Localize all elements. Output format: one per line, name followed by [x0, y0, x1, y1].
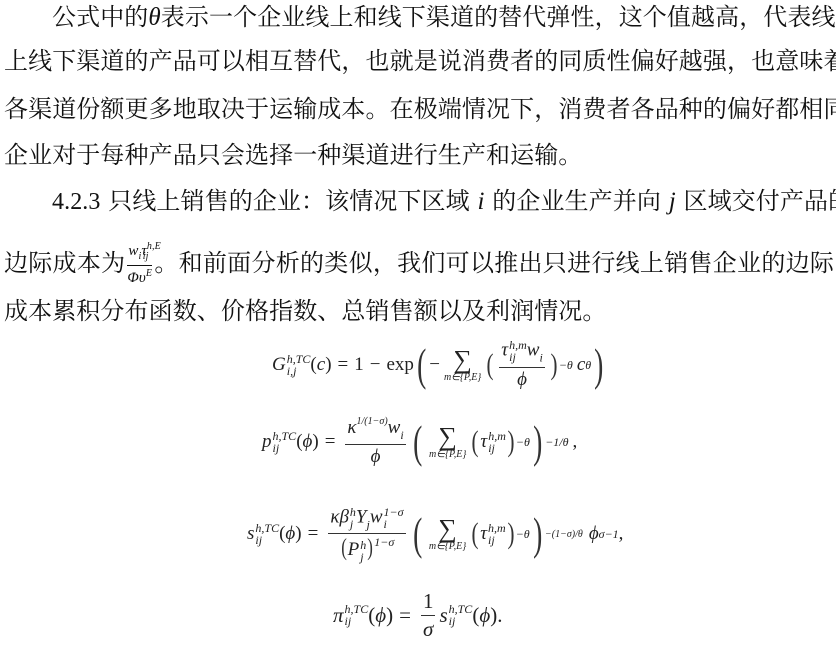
sum-sign: ∑ — [453, 348, 472, 372]
fraction: 1σ — [421, 589, 436, 642]
numerator: κ1/(1−σ)wi — [345, 416, 405, 445]
sum-sign: ∑ — [438, 425, 457, 449]
eq-symbol: c — [577, 354, 585, 376]
paren: ( — [417, 342, 426, 388]
eq-symbol: s — [439, 603, 447, 628]
script: hj — [360, 539, 366, 563]
minus-sign: − — [429, 354, 440, 376]
script: 1−σi — [384, 506, 404, 530]
script: h,TCij — [345, 603, 369, 627]
eq-symbol: w — [370, 506, 383, 527]
fraction-numerator: wiτh,Eij — [127, 239, 152, 266]
denominator: σ — [423, 616, 433, 642]
exponent: −θ — [516, 527, 530, 542]
script: h,TCij — [255, 522, 279, 546]
eq-symbol: p — [262, 431, 272, 453]
summation: ∑m∈{P,E} — [429, 425, 466, 460]
paren: ) — [312, 431, 318, 453]
denominator: ϕ — [517, 368, 527, 391]
sub: ij — [255, 534, 279, 546]
sub: i — [400, 428, 403, 442]
numerator: τh,mijwi — [499, 339, 545, 367]
eq-symbol: ϕ — [371, 446, 381, 467]
fraction: κβhjYjw1−σi(Phj)1−σ — [328, 506, 405, 563]
paren: ) — [507, 425, 514, 459]
equals-sign: = — [399, 603, 411, 628]
text-segment: 边际成本为 — [4, 249, 125, 277]
exponent: σ−1 — [599, 527, 619, 542]
paren: ( — [368, 603, 375, 628]
eq-symbol: G — [272, 354, 286, 376]
var-j: j — [669, 188, 676, 215]
eq-symbol: τ — [501, 340, 508, 361]
text-segment: 表示一个企业线上和线下渠道的替代弹性，这个值越高，代表线 — [161, 3, 836, 31]
denominator: (Phj)1−σ — [340, 534, 395, 563]
paren: ( — [413, 511, 422, 557]
equals-sign: = — [308, 523, 319, 545]
script: h,mij — [488, 430, 506, 454]
sub: ij — [488, 442, 506, 454]
script: h,TCij — [273, 430, 297, 454]
eq-symbol: P — [348, 539, 360, 560]
sub: ij — [273, 442, 297, 454]
sup: 1−σ — [384, 506, 404, 518]
sum-sign: ∑ — [438, 517, 457, 541]
eq-symbol: ϕ — [517, 369, 527, 390]
script: h,TCi,j — [287, 353, 311, 377]
punctuation: . — [497, 603, 502, 628]
summation: ∑m∈{P,E} — [429, 517, 466, 552]
script: h,TCij — [449, 603, 473, 627]
denominator: ϕ — [371, 445, 381, 468]
script: h,mij — [509, 339, 527, 363]
sub: ij — [449, 615, 473, 627]
theta-symbol: θ — [148, 4, 160, 31]
paren: ( — [472, 517, 479, 551]
eq-symbol: 1 — [354, 354, 364, 376]
eq-symbol: κ — [347, 417, 356, 438]
sum-limit: m∈{P,E} — [444, 372, 481, 383]
punctuation: , — [573, 431, 578, 453]
paren: ) — [325, 354, 331, 376]
eq-symbol: Y — [356, 506, 367, 527]
eq-symbol: ϕ — [303, 431, 313, 453]
section-number: 4.2.3 — [52, 189, 101, 215]
paragraph2-line3: 成本累积分布函数、价格指数、总销售额以及利润情况。 — [4, 296, 834, 326]
paren: ) — [295, 523, 301, 545]
paren: ( — [341, 535, 347, 562]
eq-symbol: ϕ — [375, 603, 386, 628]
equation-cdf: Gh,TCi,j (c) =1−exp ( − ∑m∈{P,E} ( τh,mi… — [272, 340, 606, 390]
exponent: θ — [585, 358, 591, 373]
sub: j — [360, 551, 366, 563]
paragraph1-line3: 各渠道份额更多地取决于运输成本。在极端情况下，消费者各品种的偏好都相同， — [4, 94, 834, 124]
paren: ) — [594, 342, 603, 388]
paren: ( — [487, 348, 494, 382]
eq-symbol: τ — [480, 523, 487, 545]
eq-symbol: w — [388, 417, 401, 438]
paragraph2-line1: 4.2.3 只线上销售的企业：该情况下区域 i 的企业生产并向 j 区域交付产品… — [52, 186, 834, 217]
minus-sign: − — [370, 354, 381, 376]
script: h,mij — [488, 522, 506, 546]
equation-profit: πh,TCij (ϕ) = 1σ sh,TCij (ϕ). — [333, 590, 502, 640]
paragraph2-line2: 边际成本为wiτh,EijΦυE。和前面分析的类似，我们可以推出只进行线上销售企… — [4, 241, 834, 288]
eq-symbol: β — [339, 506, 348, 527]
sub: i — [384, 518, 404, 530]
eq-symbol: ϕ — [479, 603, 490, 628]
equation-sales: sh,TCij (ϕ) = κβhjYjw1−σi(Phj)1−σ ( ∑m∈{… — [247, 502, 623, 566]
text-segment: 只线上销售的企业：该情况下区域 — [101, 187, 478, 215]
var-i: i — [477, 188, 484, 215]
exponent: −θ — [516, 435, 530, 450]
marginal-cost-fraction: wiτh,EijΦυE — [127, 239, 152, 286]
paragraph1-line4: 企业对于每种产品只会选择一种渠道进行生产和运输。 — [4, 140, 834, 170]
paren: ) — [550, 348, 557, 382]
sub: ij — [488, 534, 506, 546]
eq-symbol: ϕ — [589, 523, 599, 545]
fraction-denominator: ΦυE — [127, 266, 152, 286]
paren: ) — [533, 419, 542, 465]
sub: ij — [509, 351, 527, 363]
eq-symbol: s — [247, 523, 254, 545]
text-segment: 。和前面分析的类似，我们可以推出只进行线上销售企业的边际 — [154, 249, 834, 277]
sum-limit: m∈{P,E} — [429, 449, 466, 460]
eq-symbol: τ — [480, 431, 487, 453]
paren: ) — [386, 603, 393, 628]
punctuation: , — [619, 523, 624, 545]
paren: ) — [507, 517, 514, 551]
paren: ( — [413, 419, 422, 465]
paren: ) — [367, 535, 373, 562]
text-segment: 区域交付产品的 — [676, 187, 836, 215]
fraction: τh,mijwiϕ — [499, 339, 545, 390]
equation-price: ph,TCij (ϕ) = κ1/(1−σ)wiϕ ( ∑m∈{P,E} (τh… — [262, 412, 577, 472]
paragraph1-line1: 公式中的θ表示一个企业线上和线下渠道的替代弹性，这个值越高，代表线 — [52, 2, 834, 33]
paren: ) — [533, 511, 542, 557]
eq-symbol: π — [333, 603, 344, 628]
sub: i,j — [287, 365, 311, 377]
paragraph1-line2: 上线下渠道的产品可以相互替代，也就是说消费者的同质性偏好越强，也意味着 — [4, 46, 834, 76]
numerator: 1 — [421, 589, 436, 616]
eq-symbol: σ — [423, 617, 433, 641]
exponent: 1−σ — [374, 535, 394, 549]
exponent: −1/θ — [545, 435, 568, 450]
paren: ) — [490, 603, 497, 628]
eq-symbol: ϕ — [285, 523, 295, 545]
eq-symbol: c — [317, 354, 325, 376]
sub: i — [539, 351, 542, 365]
equals-sign: = — [338, 354, 349, 376]
exponent: −(1−σ)/θ — [545, 529, 583, 540]
fraction: κ1/(1−σ)wiϕ — [345, 416, 405, 468]
paren: ( — [472, 425, 479, 459]
exponent: 1/(1−σ) — [357, 416, 388, 427]
paren: ( — [472, 603, 479, 628]
text-segment: 的企业生产并向 — [485, 187, 669, 215]
equals-sign: = — [325, 431, 336, 453]
exponent: −θ — [559, 358, 573, 373]
sum-limit: m∈{P,E} — [429, 541, 466, 552]
sub: ij — [345, 615, 369, 627]
numerator: κβhjYjw1−σi — [328, 506, 405, 534]
summation: ∑m∈{P,E} — [444, 348, 481, 383]
eq-symbol: w — [527, 340, 540, 361]
text-segment: 公式中的 — [52, 3, 148, 31]
exp-function: exp — [386, 354, 413, 376]
sup: h — [360, 539, 366, 551]
